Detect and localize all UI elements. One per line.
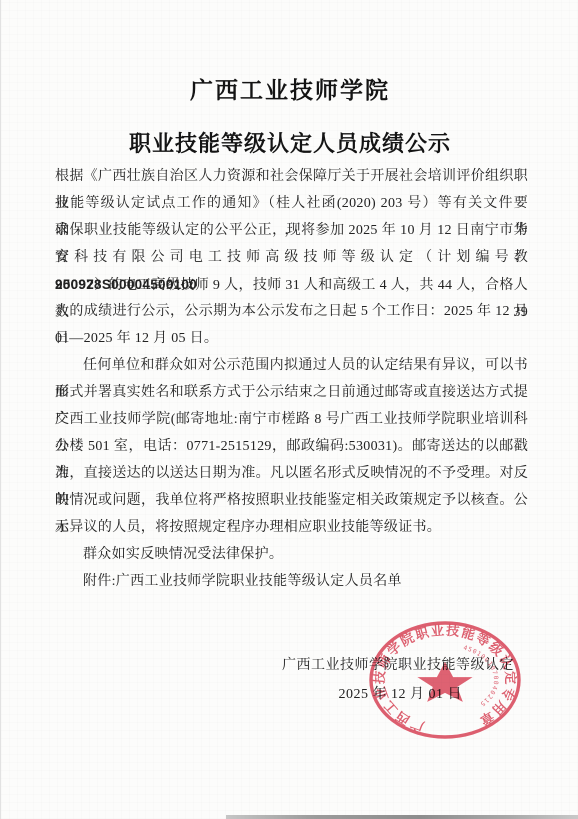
official-seal-stamp: 广西工业技师学院职业技能等级认定专用章 4501001070040215 xyxy=(358,608,532,752)
body-text-bold-segment: 90097 xyxy=(55,277,94,292)
signature-org: 广西工业技师学院职业技能等级认定 xyxy=(1,654,514,674)
body-line: 日—2025 年 12 月 05 日。 xyxy=(55,325,528,352)
document-title-org: 广西工业技师学院 xyxy=(1,72,578,105)
body-line: 人的成绩进行公示，公示期为本公示发布之日起 5 个工作日：2025 年 12 月… xyxy=(55,298,528,325)
body-line: 的情况或问题，我单位将严格按照职业技能鉴定相关政策规定予以核查。公示 xyxy=(55,487,528,514)
scan-artifact-bar xyxy=(226,815,578,819)
signature-date: 2025 年 12 月 01 日 xyxy=(1,683,462,703)
body-line: 群众如实反映情况受法律保护。 xyxy=(55,541,528,568)
stamp-outer-ring xyxy=(371,623,519,737)
document-body: 根据《广西壮族自治区人力资源和社会保障厅关于开展社会培训评价组织职业技能等级认定… xyxy=(55,163,528,595)
stamp-ring-text: 广西工业技师学院职业技能等级认定专用章 xyxy=(370,622,519,735)
title-block: 广西工业技师学院 职业技能等级认定人员成绩公示 xyxy=(1,72,578,158)
body-line: 技能等级认定试点工作的通知》（桂人社函(2020) 203 号）等有关文件要求，… xyxy=(55,190,528,217)
body-text-segment: 日—2025 年 12 月 05 日。 xyxy=(55,331,218,346)
body-line: 无异议的人员，将按照规定程序办理相应职业技能等级证书。 xyxy=(55,514,528,541)
body-text-segment: 群众如实反映情况受法律保护。 xyxy=(83,547,283,562)
document-title-subject: 职业技能等级认定人员成绩公示 xyxy=(1,127,578,158)
body-line: 根据《广西壮族自治区人力资源和社会保障厅关于开展社会培训评价组织职业 xyxy=(55,163,528,190)
body-line: 公楼 501 室，电话：0771-2515129，邮政编码:530031)。邮寄… xyxy=(55,433,528,460)
stamp-ring-text-container: 广西工业技师学院职业技能等级认定专用章 xyxy=(370,622,519,735)
body-line: 广西工业技师学院(邮寄地址:南宁市槎路 8 号广西工业技师学院职业培训科办 xyxy=(55,406,528,433)
document-page: 广西工业技师学院 职业技能等级认定人员成绩公示 根据《广西壮族自治区人力资源和社… xyxy=(0,0,578,819)
body-line: 任何单位和群众如对公示范围内拟通过人员的认定结果有异议，可以书面 xyxy=(55,352,528,379)
body-line: 90097）的电工高级技师 9 人，技师 31 人和高级工 4 人，共 44 人… xyxy=(55,271,528,298)
body-line: 育科技有限公司电工技师高级技师等级认定（计划编号：250928S00004500… xyxy=(55,244,528,271)
body-line: 附件:广西工业技师学院职业技能等级认定人员名单 xyxy=(55,568,528,595)
body-line: 准，直接送达的以送达日期为准。凡以匿名形式反映情况的不予受理。对反映 xyxy=(55,460,528,487)
body-text-segment: 育科技有限公司电工技师高级技师等级认定（计划编号： xyxy=(55,250,528,265)
body-text-segment: 无异议的人员，将按照规定程序办理相应职业技能等级证书。 xyxy=(55,520,441,535)
body-text-segment: 附件:广西工业技师学院职业技能等级认定人员名单 xyxy=(83,574,402,589)
body-line: 形式并署真实姓名和联系方式于公示结束之日前通过邮寄或直接送达方式提交 xyxy=(55,379,528,406)
body-line: 确保职业技能等级认定的公平公正，现将参加 2025 年 10 月 12 日南宁市… xyxy=(55,217,528,244)
